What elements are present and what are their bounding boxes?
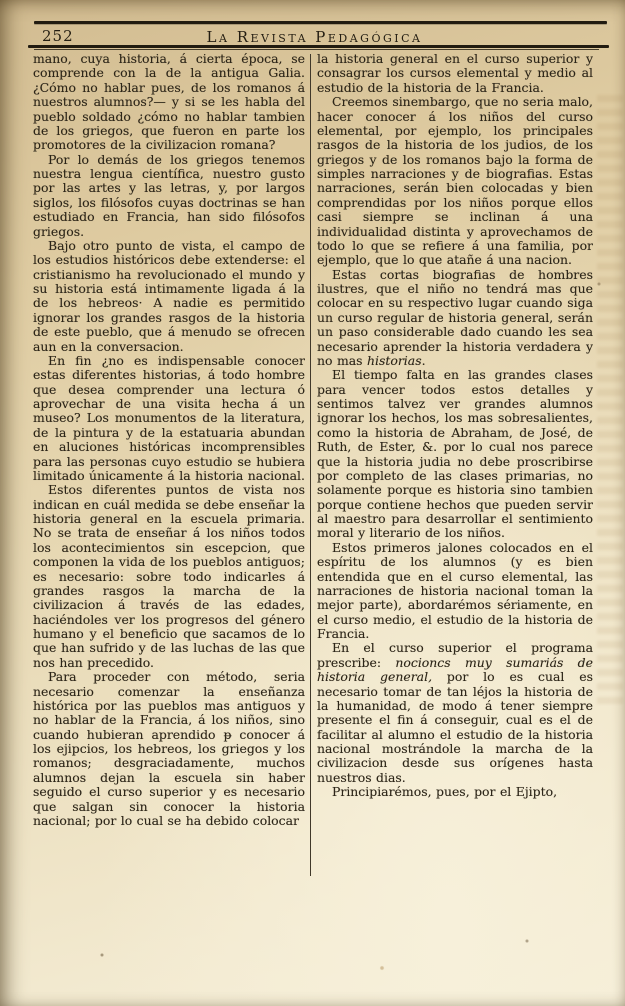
text-body: mano, cuya historia, á cierta época, se …	[33, 52, 593, 884]
paragraph: En fin ¿no es indispensable conocer esta…	[33, 354, 305, 483]
body-text: .	[422, 353, 426, 368]
journal-title: La Revista Pedagógica	[20, 28, 609, 46]
header-bottom-rule	[28, 45, 609, 48]
body-text: Por lo demás de los griegos tenemos nues…	[33, 152, 305, 239]
paragraph: El tiempo falta en las grandes clases pa…	[317, 368, 593, 541]
body-text: Creemos sinembargo, que no seria malo, h…	[317, 94, 593, 267]
body-text: Para proceder con método, seria necesari…	[33, 669, 305, 828]
header-text-row: 252 La Revista Pedagógica	[20, 26, 609, 46]
italic-text: historias	[367, 353, 422, 368]
paragraph: Por lo demás de los griegos tenemos nues…	[33, 153, 305, 239]
paragraph: Estos primeros jalones colocados en el e…	[317, 541, 593, 642]
paragraph: Estos diferentes puntos de vista nos ind…	[33, 483, 305, 670]
body-text: Bajo otro punto de vista, el campo de lo…	[33, 238, 305, 354]
paragraph: Estas cortas biografias de hombres ilust…	[317, 268, 593, 369]
paragraph: la historia general en el curso superior…	[317, 52, 593, 95]
body-text: por lo es cual es necesario tomar de tan…	[317, 669, 593, 785]
paragraph: En el curso superior el programa prescri…	[317, 641, 593, 785]
right-column: la historia general en el curso superior…	[317, 52, 593, 884]
body-text: El tiempo falta en las grandes clases pa…	[317, 367, 593, 540]
paragraph: Para proceder con método, seria necesari…	[33, 670, 305, 828]
page-header: 252 La Revista Pedagógica	[20, 14, 609, 50]
paragraph: Principiarémos, pues, por el Ejipto,	[317, 785, 593, 799]
body-text: Principiarémos, pues, por el Ejipto,	[332, 784, 557, 799]
scanned-journal-page: 252 La Revista Pedagógica mano, cuya his…	[0, 0, 625, 1006]
body-text: la historia general en el curso superior…	[317, 52, 593, 95]
body-text: En fin ¿no es indispensable conocer esta…	[33, 353, 305, 483]
paragraph: Creemos sinembargo, que no seria malo, h…	[317, 95, 593, 268]
body-text: Estos primeros jalones colocados en el e…	[317, 540, 593, 641]
paragraph: mano, cuya historia, á cierta época, se …	[33, 52, 305, 153]
body-text: Estos diferentes puntos de vista nos ind…	[33, 482, 305, 670]
paragraph: Bajo otro punto de vista, el campo de lo…	[33, 239, 305, 354]
left-column: mano, cuya historia, á cierta época, se …	[33, 52, 305, 884]
body-text: Estas cortas biografias de hombres ilust…	[317, 267, 593, 368]
body-text: mano, cuya historia, á cierta época, se …	[33, 52, 305, 152]
bleedthrough-ghost-print	[597, 95, 623, 705]
header-top-rule	[34, 21, 607, 24]
column-divider	[310, 54, 311, 876]
